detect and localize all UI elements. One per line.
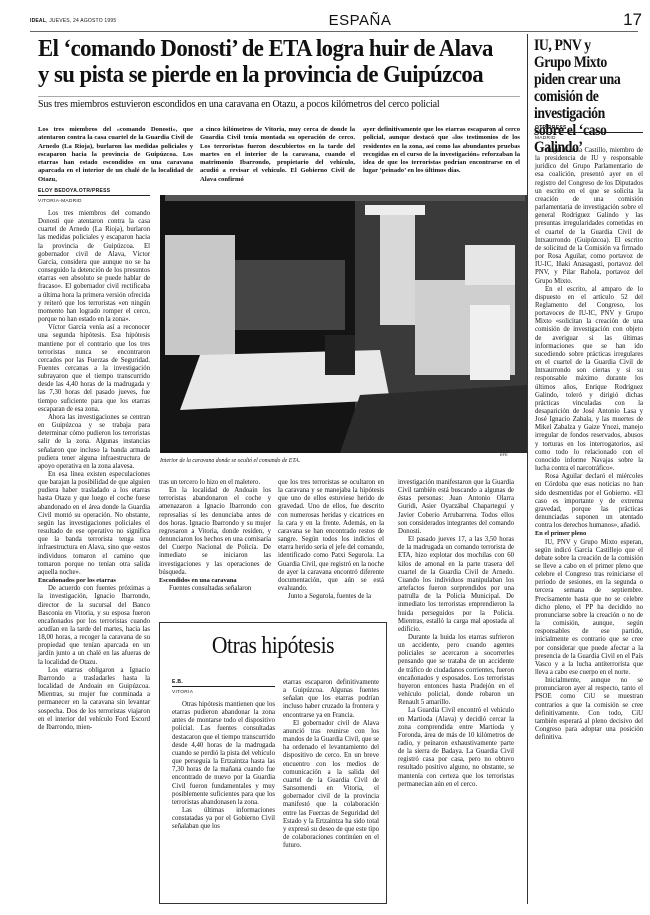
paragraph: Los etarras obligaron a Ignacio Ibarrond… xyxy=(38,667,150,732)
main-column-1: ELOY BEDOYA.OTR/PRESS VITORIA-MADRID Los… xyxy=(38,188,150,732)
paragraph: Junto a Segurola, fuentes de la xyxy=(278,593,384,601)
paragraph: que los tres terroristas se ocultaron en… xyxy=(278,479,384,593)
main-column-3: que los tres terroristas se ocultaron en… xyxy=(278,479,384,601)
masthead: IDEAL, JUEVES, 24 AGOSTO 1995 ESPAÑA 17 xyxy=(30,12,630,28)
main-subheadline: Sus tres miembros estuvieron escondidos … xyxy=(38,99,528,110)
box-body: Otras hipótesis mantienen que los etarra… xyxy=(172,701,275,832)
body-text: Los tres miembros del comando Donosti qu… xyxy=(38,210,150,732)
paragraph: Las últimas informaciones constatadas ya… xyxy=(172,807,275,831)
paragraph: Angel García Castillo, miembro de la pre… xyxy=(535,147,643,286)
masthead-date: IDEAL, JUEVES, 24 AGOSTO 1995 xyxy=(30,18,116,24)
paragraph: investigación manifestaron que la Guardi… xyxy=(398,479,514,536)
paragraph: Ahora las investigaciones se centran en … xyxy=(38,414,150,471)
lead-col-2: a cinco kilómetros de Vitoria, muy cerca… xyxy=(200,126,355,184)
side-body: Angel García Castillo, miembro de la pre… xyxy=(535,147,643,742)
paragraph: De acuerdo con fuentes próximas a la inv… xyxy=(38,585,150,667)
subheading: Encañonados por los etarras xyxy=(38,577,150,585)
paragraph: En esa línea existen especulaciones que … xyxy=(38,471,150,577)
lead-col-1: Los tres miembros del «comando Donosti»,… xyxy=(38,126,193,184)
section-name: ESPAÑA xyxy=(300,12,420,29)
paragraph: tras un tercero lo hizo en el maletero. xyxy=(159,479,271,487)
masthead-rule xyxy=(30,31,638,32)
otras-hipotesis-box: Otras hipótesis E.B. VITORIA Otras hipót… xyxy=(159,622,387,904)
box-byline: E.B. xyxy=(172,679,275,687)
subheading: Escondidos en una caravana xyxy=(159,577,271,585)
box-title: Otras hipótesis xyxy=(171,633,374,660)
paragraph: La Guardia Civil encontró el vehículo en… xyxy=(398,707,514,789)
box-column-1: E.B. VITORIA Otras hipótesis mantienen q… xyxy=(172,679,275,832)
caravan-interior-photo xyxy=(160,195,527,453)
headline-rule xyxy=(38,96,520,97)
box-dateline: VITORIA xyxy=(172,690,275,695)
paragraph: Víctor García venía así a reconocer una … xyxy=(38,324,150,414)
paragraph: En la localidad de Andoain los terrorist… xyxy=(159,487,271,577)
dateline: VITORIA-MADRID xyxy=(38,199,150,204)
paragraph: Inicialmente, aunque no se pronunciaron … xyxy=(535,677,643,742)
side-article: OTR/PRESS MADRID Angel García Castillo, … xyxy=(535,125,643,742)
subheading: En el primer pleno xyxy=(535,530,643,538)
paragraph: Rosa Aguilar declaró el miércoles en Cór… xyxy=(535,473,643,530)
byline: ELOY BEDOYA.OTR/PRESS xyxy=(38,188,150,196)
photo-image xyxy=(160,195,527,453)
lead-col-3: ayer definitivamente que los etarras esc… xyxy=(363,126,520,176)
paragraph: En el escrito, al amparo de lo dispuesto… xyxy=(535,286,643,474)
side-byline: OTR/PRESS xyxy=(535,125,643,133)
photo-caption: Interior de la caravana donde se ocultó … xyxy=(160,458,490,464)
column-divider xyxy=(527,34,528,904)
page-number: 17 xyxy=(623,10,642,30)
paragraph: etarras escaparon definitivamente a Guip… xyxy=(283,679,379,720)
paragraph: Fuentes consultadas señalaron xyxy=(159,585,271,593)
paragraph: IU, PNV y Grupo Mixto esperan, según ind… xyxy=(535,539,643,678)
photo-credit: EFE xyxy=(500,452,508,457)
paragraph: El gobernador civil de Alava anunció tra… xyxy=(283,720,379,851)
paragraph: El pasado jueves 17, a las 3,50 horas de… xyxy=(398,536,514,634)
main-headline: El ‘comando Donosti’ de ETA logra huir d… xyxy=(38,36,494,88)
side-dateline: MADRID xyxy=(535,136,643,141)
box-column-2: etarras escaparon definitivamente a Guip… xyxy=(283,679,379,850)
main-column-2: tras un tercero lo hizo en el maletero. … xyxy=(159,479,271,593)
paragraph: Los tres miembros del comando Donosti qu… xyxy=(38,210,150,324)
main-column-4: investigación manifestaron que la Guardi… xyxy=(398,479,514,789)
paragraph: Durante la huida los etarras sufrieron u… xyxy=(398,634,514,707)
paragraph: Otras hipótesis mantienen que los etarra… xyxy=(172,701,275,807)
